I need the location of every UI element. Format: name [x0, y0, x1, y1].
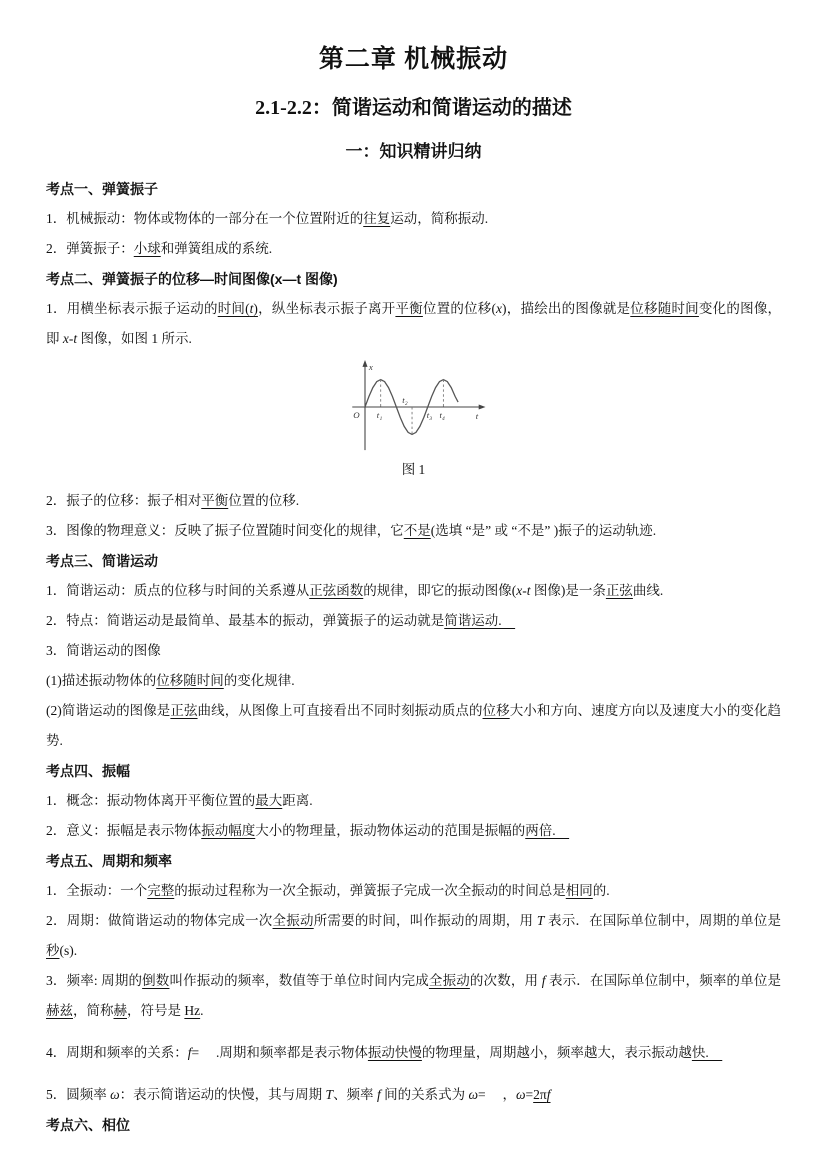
text-segment: 的振动过程称为一次全振动，弹簧振子完成一次全振动的时间总是	[174, 883, 566, 898]
text-line: 1．机械振动：物体或物体的一部分在一个位置附近的往复运动，简称振动.	[46, 204, 781, 234]
text-segment: 3．简谐运动的图像	[46, 643, 161, 658]
figure-caption: 图 1	[46, 456, 781, 484]
text-segment: 相同	[566, 883, 593, 898]
text-segment: 考点一、弹簧振子	[46, 181, 158, 197]
text-segment: 位移随时间	[156, 673, 224, 688]
t1-label: t₁	[376, 410, 382, 420]
section-heading: 考点二、弹簧振子的位移—时间图像(x—t 图像)	[46, 264, 781, 294]
text-segment: 所需要的时间，叫作振动的周期，用	[314, 913, 537, 928]
y-axis-label: x	[367, 362, 372, 372]
text-segment: 全振动	[273, 913, 314, 928]
text-segment: 1．机械振动：物体或物体的一部分在一个位置附近的	[46, 211, 363, 226]
text-segment: 叫作振动的频率，数值等于单位时间内完成	[169, 973, 428, 988]
t3-label: t₃	[426, 410, 432, 420]
section-heading: 考点四、振幅	[46, 756, 781, 786]
text-segment: 大小的物理量，振动物体运动的范围是振幅的	[255, 823, 525, 838]
text-segment: 曲线，从图像上可直接看出不同时刻振动质点的	[198, 703, 483, 718]
text-line: 3．图像的物理意义：反映了振子位置随时间变化的规律，它不是(选填 “是” 或 “…	[46, 516, 781, 546]
section-heading: 考点五、周期和频率	[46, 846, 781, 876]
text-segment: 1．简谐运动：质点的位移与时间的关系遵从	[46, 583, 309, 598]
text-segment: f	[547, 1087, 551, 1102]
text-line: 1．用横坐标表示振子运动的时间(t)，纵坐标表示振子离开平衡位置的位移(x)，描…	[46, 294, 781, 354]
section-title: 2.1-2.2：简谐运动和简谐运动的描述	[46, 96, 781, 120]
text-segment: 间的关系式为	[381, 1087, 469, 1102]
text-line: 4．周期和频率的关系：f= .周期和频率都是表示物体振动快慢的物理量，周期越小，…	[46, 1038, 781, 1068]
text-segment: 位移	[483, 703, 510, 718]
text-segment: 正弦	[606, 583, 633, 598]
text-line: 1．简谐运动：质点的位移与时间的关系遵从正弦函数的规律，即它的振动图像(x-t …	[46, 576, 781, 606]
text-segment: 1．全振动：一个	[46, 883, 147, 898]
text-segment: 表示．在国际单位制中，频率的单位是	[545, 973, 781, 988]
text-segment: 考点二、弹簧振子的位移—时间图像(x—t 图像)	[46, 271, 338, 287]
text-line: 2．特点：简谐运动是最简单、最基本的振动，弹簧振子的运动就是简谐运动.	[46, 606, 781, 636]
text-segment: 的.	[593, 883, 610, 898]
text-segment: 2．振子的位移：振子相对	[46, 493, 201, 508]
text-segment: 距离.	[282, 793, 312, 808]
text-segment: 2．特点：简谐运动是最简单、最基本的振动，弹簧振子的运动就是	[46, 613, 444, 628]
t2-label: t₂	[402, 395, 408, 405]
text-segment: 位置的位移.	[228, 493, 299, 508]
text-segment: 两倍.	[525, 823, 569, 838]
text-segment: 2．弹簧振子：	[46, 241, 134, 256]
text-segment: 、频率	[333, 1087, 377, 1102]
text-segment: 振动快慢	[368, 1045, 422, 1060]
text-segment: 往复	[363, 211, 390, 226]
text-segment: 4．周期和频率的关系：	[46, 1045, 188, 1060]
text-segment: 位置的位移(	[423, 301, 496, 316]
section-heading: 考点六、相位	[46, 1110, 781, 1140]
text-line: (1)描述振动物体的位移随时间的变化规律.	[46, 666, 781, 696]
text-segment: (选填 “是” 或 “不是” )振子的运动轨迹.	[431, 523, 656, 538]
text-segment: ω	[110, 1087, 120, 1102]
text-segment: 赫	[114, 1003, 128, 1018]
text-segment: ω	[516, 1087, 526, 1102]
text-segment: 平衡	[201, 493, 228, 508]
figure-1: x t O t₁ t₂ t₃ t₄	[46, 358, 781, 456]
text-segment: 的次数，用	[470, 973, 542, 988]
text-segment: 的变化规律.	[224, 673, 295, 688]
part-title: 一：知识精讲归纳	[46, 142, 781, 162]
y-axis-arrow-icon	[362, 360, 367, 367]
text-segment: 表示．在国际单位制中，周期的单位是	[544, 913, 781, 928]
text-segment: 快.	[692, 1045, 722, 1060]
text-segment: 3．频率: 周期的	[46, 973, 142, 988]
text-segment: )，描绘出的图像就是	[502, 301, 630, 316]
text-segment: 正弦	[170, 703, 197, 718]
text-segment: 正弦函数	[309, 583, 363, 598]
text-segment: = .周期和频率都是表示物体	[192, 1045, 368, 1060]
text-segment: 的物理量，周期越小，频率越大，表示振动越	[422, 1045, 692, 1060]
text-segment: 考点四、振幅	[46, 763, 130, 779]
text-segment: 赫兹	[46, 1003, 73, 1018]
text-line: 3．频率: 周期的倒数叫作振动的频率，数值等于单位时间内完成全振动的次数，用 f…	[46, 966, 781, 1026]
document-page: 第二章 机械振动 2.1-2.2：简谐运动和简谐运动的描述 一：知识精讲归纳 考…	[0, 0, 827, 1169]
text-segment: 考点三、简谐运动	[46, 553, 158, 569]
text-line: 5．圆频率 ω：表示简谐运动的快慢，其与周期 T、频率 f 间的关系式为 ω= …	[46, 1080, 781, 1110]
text-segment: 小球	[134, 241, 161, 256]
text-segment: ω	[468, 1087, 478, 1102]
text-segment: 考点五、周期和频率	[46, 853, 172, 869]
text-segment: 1．概念：振动物体离开平衡位置的	[46, 793, 255, 808]
text-line: 2．弹簧振子：小球和弹簧组成的系统.	[46, 234, 781, 264]
text-segment: 位移随时间	[630, 301, 699, 316]
text-segment: 不是	[404, 523, 431, 538]
text-segment: .	[200, 1003, 203, 1018]
text-segment: 全振动	[429, 973, 470, 988]
text-segment: ，纵坐标表示振子离开	[258, 301, 396, 316]
section-heading: 考点三、简谐运动	[46, 546, 781, 576]
text-segment: 平衡	[395, 301, 422, 316]
text-line: 3．简谐运动的图像	[46, 636, 781, 666]
text-segment: 图像)是一条	[531, 583, 606, 598]
text-segment: 图像，如图 1 所示.	[77, 331, 192, 346]
text-segment: (2)简谐运动的图像是	[46, 703, 170, 718]
xt-graph: x t O t₁ t₂ t₃ t₄	[339, 358, 489, 456]
text-segment: 最大	[255, 793, 282, 808]
text-segment: 5．圆频率	[46, 1087, 110, 1102]
text-segment: 倒数	[142, 973, 169, 988]
text-segment: 振动幅度	[201, 823, 255, 838]
text-line: 2．周期：做简谐运动的物体完成一次全振动所需要的时间，叫作振动的周期，用 T 表…	[46, 906, 781, 966]
text-segment: 2．周期：做简谐运动的物体完成一次	[46, 913, 273, 928]
text-segment: = ，	[478, 1087, 516, 1102]
text-segment: 2．意义：振幅是表示物体	[46, 823, 201, 838]
text-line: 2．振子的位移：振子相对平衡位置的位移.	[46, 486, 781, 516]
text-line: 1．全振动：一个完整的振动过程称为一次全振动，弹簧振子完成一次全振动的时间总是相…	[46, 876, 781, 906]
text-segment: ，简称	[73, 1003, 114, 1018]
text-line: 2．意义：振幅是表示物体振动幅度大小的物理量，振动物体运动的范围是振幅的两倍.	[46, 816, 781, 846]
text-segment: (1)描述振动物体的	[46, 673, 156, 688]
text-line: 1．概念：振动物体离开平衡位置的最大距离.	[46, 786, 781, 816]
text-segment: 秒	[46, 943, 60, 958]
x-axis-arrow-icon	[478, 404, 485, 409]
text-segment: Hz	[184, 1003, 200, 1018]
text-line: (2)简谐运动的图像是正弦曲线，从图像上可直接看出不同时刻振动质点的位移大小和方…	[46, 696, 781, 756]
text-segment: 考点六、相位	[46, 1117, 130, 1133]
text-segment: 运动，简称振动.	[390, 211, 488, 226]
text-segment: 3．图像的物理意义：反映了振子位置随时间变化的规律，它	[46, 523, 404, 538]
x-axis-label: t	[475, 411, 478, 421]
text-segment: 简谐运动.	[444, 613, 515, 628]
document-content: 考点一、弹簧振子1．机械振动：物体或物体的一部分在一个位置附近的往复运动，简称振…	[46, 174, 781, 1140]
t4-label: t₄	[439, 410, 445, 420]
text-segment: (s).	[60, 943, 78, 958]
text-segment: T	[326, 1087, 334, 1102]
origin-label: O	[353, 410, 360, 420]
text-segment: ：表示简谐运动的快慢，其与周期	[120, 1087, 326, 1102]
text-segment: 和弹簧组成的系统.	[161, 241, 272, 256]
text-segment: 时间(	[218, 301, 250, 316]
section-heading: 考点一、弹簧振子	[46, 174, 781, 204]
text-segment: ，符号是	[127, 1003, 184, 1018]
text-segment: 的规律，即它的振动图像(	[363, 583, 516, 598]
chapter-title: 第二章 机械振动	[46, 46, 781, 74]
text-segment: 曲线.	[633, 583, 663, 598]
text-segment: 完整	[147, 883, 174, 898]
text-segment: 1．用横坐标表示振子运动的	[46, 301, 218, 316]
text-segment: 2π	[533, 1087, 547, 1102]
